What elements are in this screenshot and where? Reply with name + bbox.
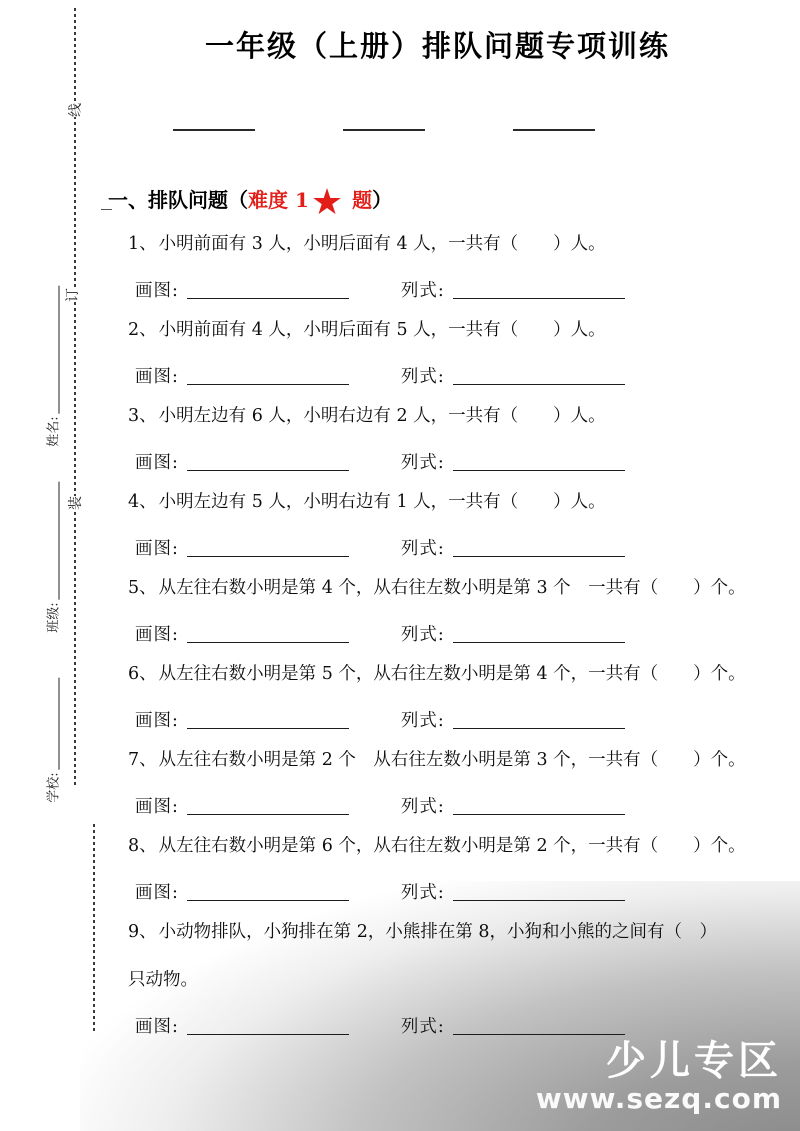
problem-line: 5、从左往右数小明是第 4 个，从右往左数小明是第 3 个 一共有（ ）个。 [90, 574, 785, 602]
binding-char-zhuang: 装 [64, 496, 86, 510]
problem: 8、从左往右数小明是第 6 个，从右往左数小明是第 2 个，一共有（ ）个。 画… [90, 832, 785, 906]
formula-label: 列式: [401, 797, 445, 817]
section-heading-prefix: 一、排队问题（ [108, 188, 248, 212]
formula-blank[interactable] [453, 454, 625, 471]
draw-label: 画图: [135, 539, 179, 559]
formula-label: 列式: [401, 625, 445, 645]
formula-label: 列式: [401, 453, 445, 473]
answer-row: 画图:列式: [90, 880, 785, 906]
problem-number: 1、 [128, 234, 157, 254]
section-count-word: 题 [352, 188, 372, 212]
problem-line: 4、小明左边有 5 人，小明右边有 1 人，一共有（ ）人。 [90, 488, 785, 516]
class-blank[interactable] [56, 481, 60, 599]
watermark: 少儿专区 www.sezq.com [536, 1039, 782, 1115]
header-blanks [173, 116, 785, 132]
formula-blank[interactable] [453, 626, 625, 643]
formula-label: 列式: [401, 281, 445, 301]
draw-blank[interactable] [187, 712, 349, 729]
problem-text: 小明前面有 4 人，小明后面有 5 人，一共有（ ）人。 [159, 320, 606, 340]
page-title: 一年级（上册）排队问题专项训练 [90, 24, 785, 68]
draw-label: 画图: [135, 797, 179, 817]
problem-number: 8、 [128, 836, 157, 856]
formula-blank[interactable] [453, 368, 625, 385]
problem: 4、小明左边有 5 人，小明右边有 1 人，一共有（ ）人。 画图:列式: [90, 488, 785, 562]
margin-field-name: 姓名: [43, 285, 62, 446]
problem-number: 6、 [128, 664, 157, 684]
draw-blank[interactable] [187, 798, 349, 815]
name-label: 姓名: [47, 416, 62, 446]
margin-field-class: 班级: [43, 481, 62, 632]
problem-line: 8、从左往右数小明是第 6 个，从右往左数小明是第 2 个，一共有（ ）个。 [90, 832, 785, 860]
problem-line: 2、小明前面有 4 人，小明后面有 5 人，一共有（ ）人。 [90, 316, 785, 344]
problem-text: 从左往右数小明是第 6 个，从右往左数小明是第 2 个，一共有（ ）个。 [159, 836, 746, 856]
problem-line: 9、小动物排队，小狗排在第 2，小熊排在第 8，小狗和小熊的之间有（ ） [90, 918, 785, 946]
watermark-brand: 少儿专区 [536, 1039, 782, 1083]
problem: 5、从左往右数小明是第 4 个，从右往左数小明是第 3 个 一共有（ ）个。 画… [90, 574, 785, 648]
name-blank[interactable] [56, 285, 60, 413]
star-icon: ★ [311, 182, 343, 223]
header-blank-1[interactable] [173, 117, 255, 131]
header-blank-3[interactable] [513, 117, 595, 131]
margin-field-school: 学校: [43, 677, 62, 802]
draw-label: 画图: [135, 367, 179, 387]
problem-number: 3、 [128, 406, 157, 426]
problem-text: 从左往右数小明是第 4 个，从右往左数小明是第 3 个 一共有（ ）个。 [159, 578, 746, 598]
problem-text: 小明前面有 3 人，小明后面有 4 人，一共有（ ）人。 [159, 234, 606, 254]
binding-char-ding: 订 [61, 288, 83, 302]
draw-blank[interactable] [187, 368, 349, 385]
formula-blank[interactable] [453, 712, 625, 729]
problem-text: 从左往右数小明是第 5 个，从右往左数小明是第 4 个，一共有（ ）个。 [159, 664, 746, 684]
draw-label: 画图: [135, 281, 179, 301]
problem-text-continued: 只动物。 [90, 966, 785, 994]
problem-number: 2、 [128, 320, 157, 340]
answer-row: 画图:列式: [90, 708, 785, 734]
school-label: 学校: [47, 772, 62, 802]
formula-blank[interactable] [453, 798, 625, 815]
worksheet-page: 少儿专区 www.sezq.com 线 订 装 姓名: 班级: 学校: 一年级（… [0, 0, 800, 1131]
content-area: 一年级（上册）排队问题专项训练 一、排队问题（难度 1★ 题） 1、小明前面有 … [90, 0, 785, 1052]
draw-blank[interactable] [187, 1018, 349, 1035]
header-blank-2[interactable] [343, 117, 425, 131]
problem-number: 4、 [128, 492, 157, 512]
formula-blank[interactable] [453, 1018, 625, 1035]
binding-dotted-line-top [74, 8, 76, 788]
formula-label: 列式: [401, 1017, 445, 1037]
formula-blank[interactable] [453, 282, 625, 299]
formula-label: 列式: [401, 367, 445, 387]
binding-char-xian: 线 [64, 103, 86, 117]
draw-label: 画图: [135, 1017, 179, 1037]
section-difficulty: 难度 1 [248, 188, 309, 212]
answer-row: 画图:列式: [90, 794, 785, 820]
problem-number: 9、 [128, 922, 157, 942]
formula-blank[interactable] [453, 884, 625, 901]
problem: 3、小明左边有 6 人，小明右边有 2 人，一共有（ ）人。 画图:列式: [90, 402, 785, 476]
problem-text: 小动物排队，小狗排在第 2，小熊排在第 8，小狗和小熊的之间有（ ） [159, 922, 717, 942]
problem-text: 小明左边有 6 人，小明右边有 2 人，一共有（ ）人。 [159, 406, 606, 426]
answer-row: 画图:列式: [90, 364, 785, 390]
draw-blank[interactable] [187, 540, 349, 557]
problem: 6、从左往右数小明是第 5 个，从右往左数小明是第 4 个，一共有（ ）个。 画… [90, 660, 785, 734]
problem-line: 6、从左往右数小明是第 5 个，从右往左数小明是第 4 个，一共有（ ）个。 [90, 660, 785, 688]
formula-label: 列式: [401, 539, 445, 559]
answer-row: 画图:列式: [90, 622, 785, 648]
draw-label: 画图: [135, 711, 179, 731]
problem-number: 5、 [128, 578, 157, 598]
problem: 9、小动物排队，小狗排在第 2，小熊排在第 8，小狗和小熊的之间有（ ） 只动物… [90, 918, 785, 1040]
answer-row: 画图:列式: [90, 536, 785, 562]
problem-text: 小明左边有 5 人，小明右边有 1 人，一共有（ ）人。 [159, 492, 606, 512]
problem: 1、小明前面有 3 人，小明后面有 4 人，一共有（ ）人。 画图:列式: [90, 230, 785, 304]
problem: 7、从左往右数小明是第 2 个 从右往左数小明是第 3 个，一共有（ ）个。 画… [90, 746, 785, 820]
draw-label: 画图: [135, 625, 179, 645]
draw-label: 画图: [135, 883, 179, 903]
draw-blank[interactable] [187, 626, 349, 643]
answer-row: 画图:列式: [90, 278, 785, 304]
problem-line: 7、从左往右数小明是第 2 个 从右往左数小明是第 3 个，一共有（ ）个。 [90, 746, 785, 774]
school-blank[interactable] [56, 677, 60, 769]
formula-blank[interactable] [453, 540, 625, 557]
draw-blank[interactable] [187, 454, 349, 471]
problem-line: 3、小明左边有 6 人，小明右边有 2 人，一共有（ ）人。 [90, 402, 785, 430]
class-label: 班级: [47, 602, 62, 632]
formula-label: 列式: [401, 711, 445, 731]
problem-line: 1、小明前面有 3 人，小明后面有 4 人，一共有（ ）人。 [90, 230, 785, 258]
section-heading-suffix: ） [372, 188, 392, 212]
problems: 1、小明前面有 3 人，小明后面有 4 人，一共有（ ）人。 画图:列式: 2、… [90, 230, 785, 1040]
answer-row: 画图:列式: [90, 1014, 785, 1040]
problem: 2、小明前面有 4 人，小明后面有 5 人，一共有（ ）人。 画图:列式: [90, 316, 785, 390]
formula-label: 列式: [401, 883, 445, 903]
problem-number: 7、 [128, 750, 157, 770]
watermark-url: www.sezq.com [536, 1083, 782, 1115]
answer-row: 画图:列式: [90, 450, 785, 476]
draw-label: 画图: [135, 453, 179, 473]
section-heading: 一、排队问题（难度 1★ 题） [108, 184, 785, 216]
draw-blank[interactable] [187, 282, 349, 299]
problem-text: 从左往右数小明是第 2 个 从右往左数小明是第 3 个，一共有（ ）个。 [159, 750, 746, 770]
draw-blank[interactable] [187, 884, 349, 901]
